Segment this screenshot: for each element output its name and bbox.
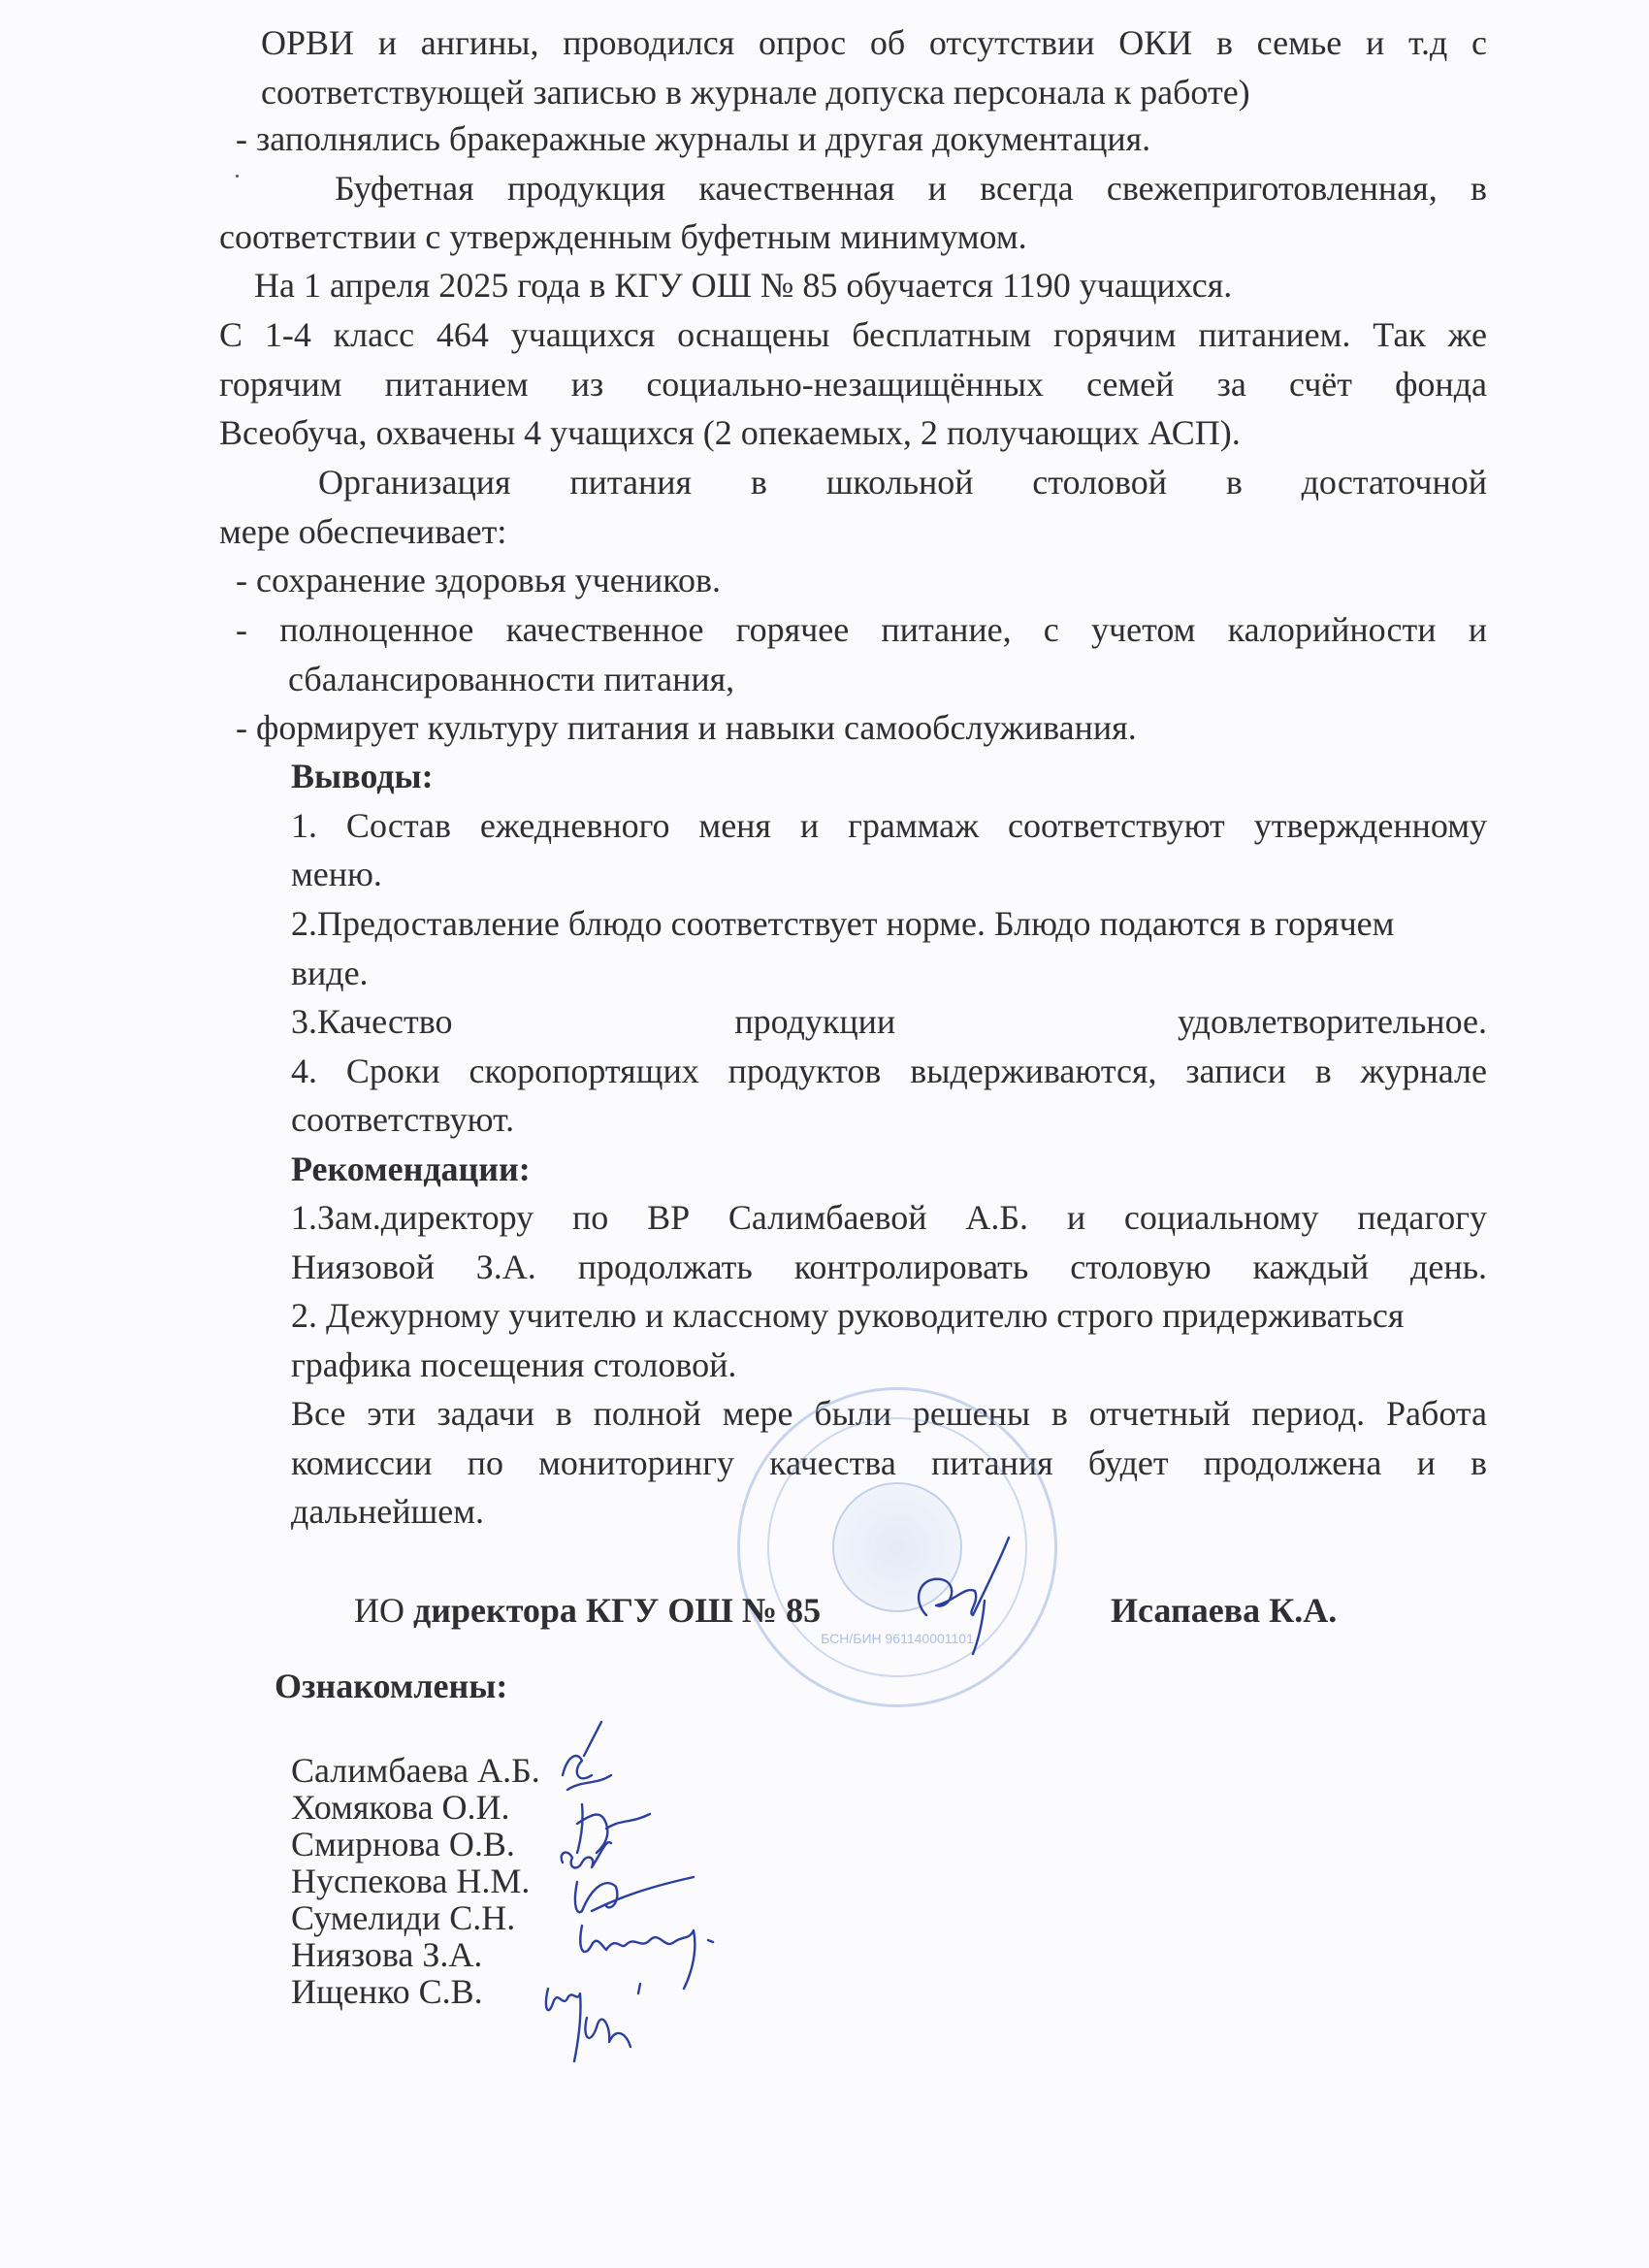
text-line: - сохранение здоровья учеников. [236,559,721,601]
acknowledged-name: Ищенко С.В. [291,1970,483,2013]
text-line: С 1-4 класс 464 учащихся оснащены беспла… [219,313,1487,356]
recommendation-line: Ниязовой З.А. продолжать контролировать … [291,1246,1487,1288]
director-signature [907,1533,1023,1659]
recommendation-line: 1.Зам.директору по ВР Салимбаевой А.Б. и… [291,1196,1487,1239]
director-title: ИО директора КГУ ОШ № 85 [354,1589,821,1632]
acknowledged-heading: Ознакомлены: [275,1665,507,1707]
staff-signatures [524,1717,931,2066]
text-line: соответствующей записью в журнале допуск… [261,71,1250,113]
text-line: - полноценное качественное горячее питан… [236,608,1487,651]
director-title-text: директора КГУ ОШ № 85 [413,1591,821,1630]
text-line: сбалансированности питания, [288,658,734,700]
text-line: ОРВИ и ангины, проводился опрос об отсут… [261,21,1487,64]
conclusion-line: виде. [291,952,369,994]
conclusion-line: 3.Качество продукции удовлетворительное. [291,1000,1487,1043]
text-line: Всеобуча, охвачены 4 учащихся (2 опекаем… [219,411,1241,454]
text-line: - заполнялись бракеражные журналы и друг… [236,117,1150,160]
conclusion-line: соответствуют. [291,1098,514,1141]
conclusion-line: 1. Состав ежедневного меня и граммаж соо… [291,804,1487,847]
conclusion-line: меню. [291,853,382,895]
recommendation-line: дальнейшем. [291,1490,484,1533]
text-line: соответствии с утвержденным буфетным мин… [219,215,1027,258]
conclusions-heading: Выводы: [291,755,434,797]
text-line: На 1 апреля 2025 года в КГУ ОШ № 85 обуч… [254,264,1232,307]
conclusion-line: 2.Предоставление блюдо соответствует нор… [291,902,1394,945]
document-page: ОРВИ и ангины, проводился опрос об отсут… [0,0,1649,2268]
director-title-prefix: ИО [354,1591,413,1630]
recommendation-line: 2. Дежурному учителю и классному руковод… [291,1294,1404,1337]
text-line: горячим питанием из социально-незащищённ… [219,363,1487,405]
text-line: - формирует культуру питания и навыки са… [236,706,1137,749]
director-name: Исапаева К.А. [1111,1589,1337,1632]
recommendations-heading: Рекомендации: [291,1148,531,1190]
text-line: Буфетная продукция качественная и всегда… [335,167,1487,210]
recommendation-line: графика посещения столовой. [291,1344,736,1386]
scan-speck [236,175,239,178]
text-line: мере обеспечивает: [219,510,506,553]
conclusion-line: 4. Сроки скоропортящих продуктов выдержи… [291,1050,1487,1092]
text-line: Организация питания в школьной столовой … [318,461,1487,503]
